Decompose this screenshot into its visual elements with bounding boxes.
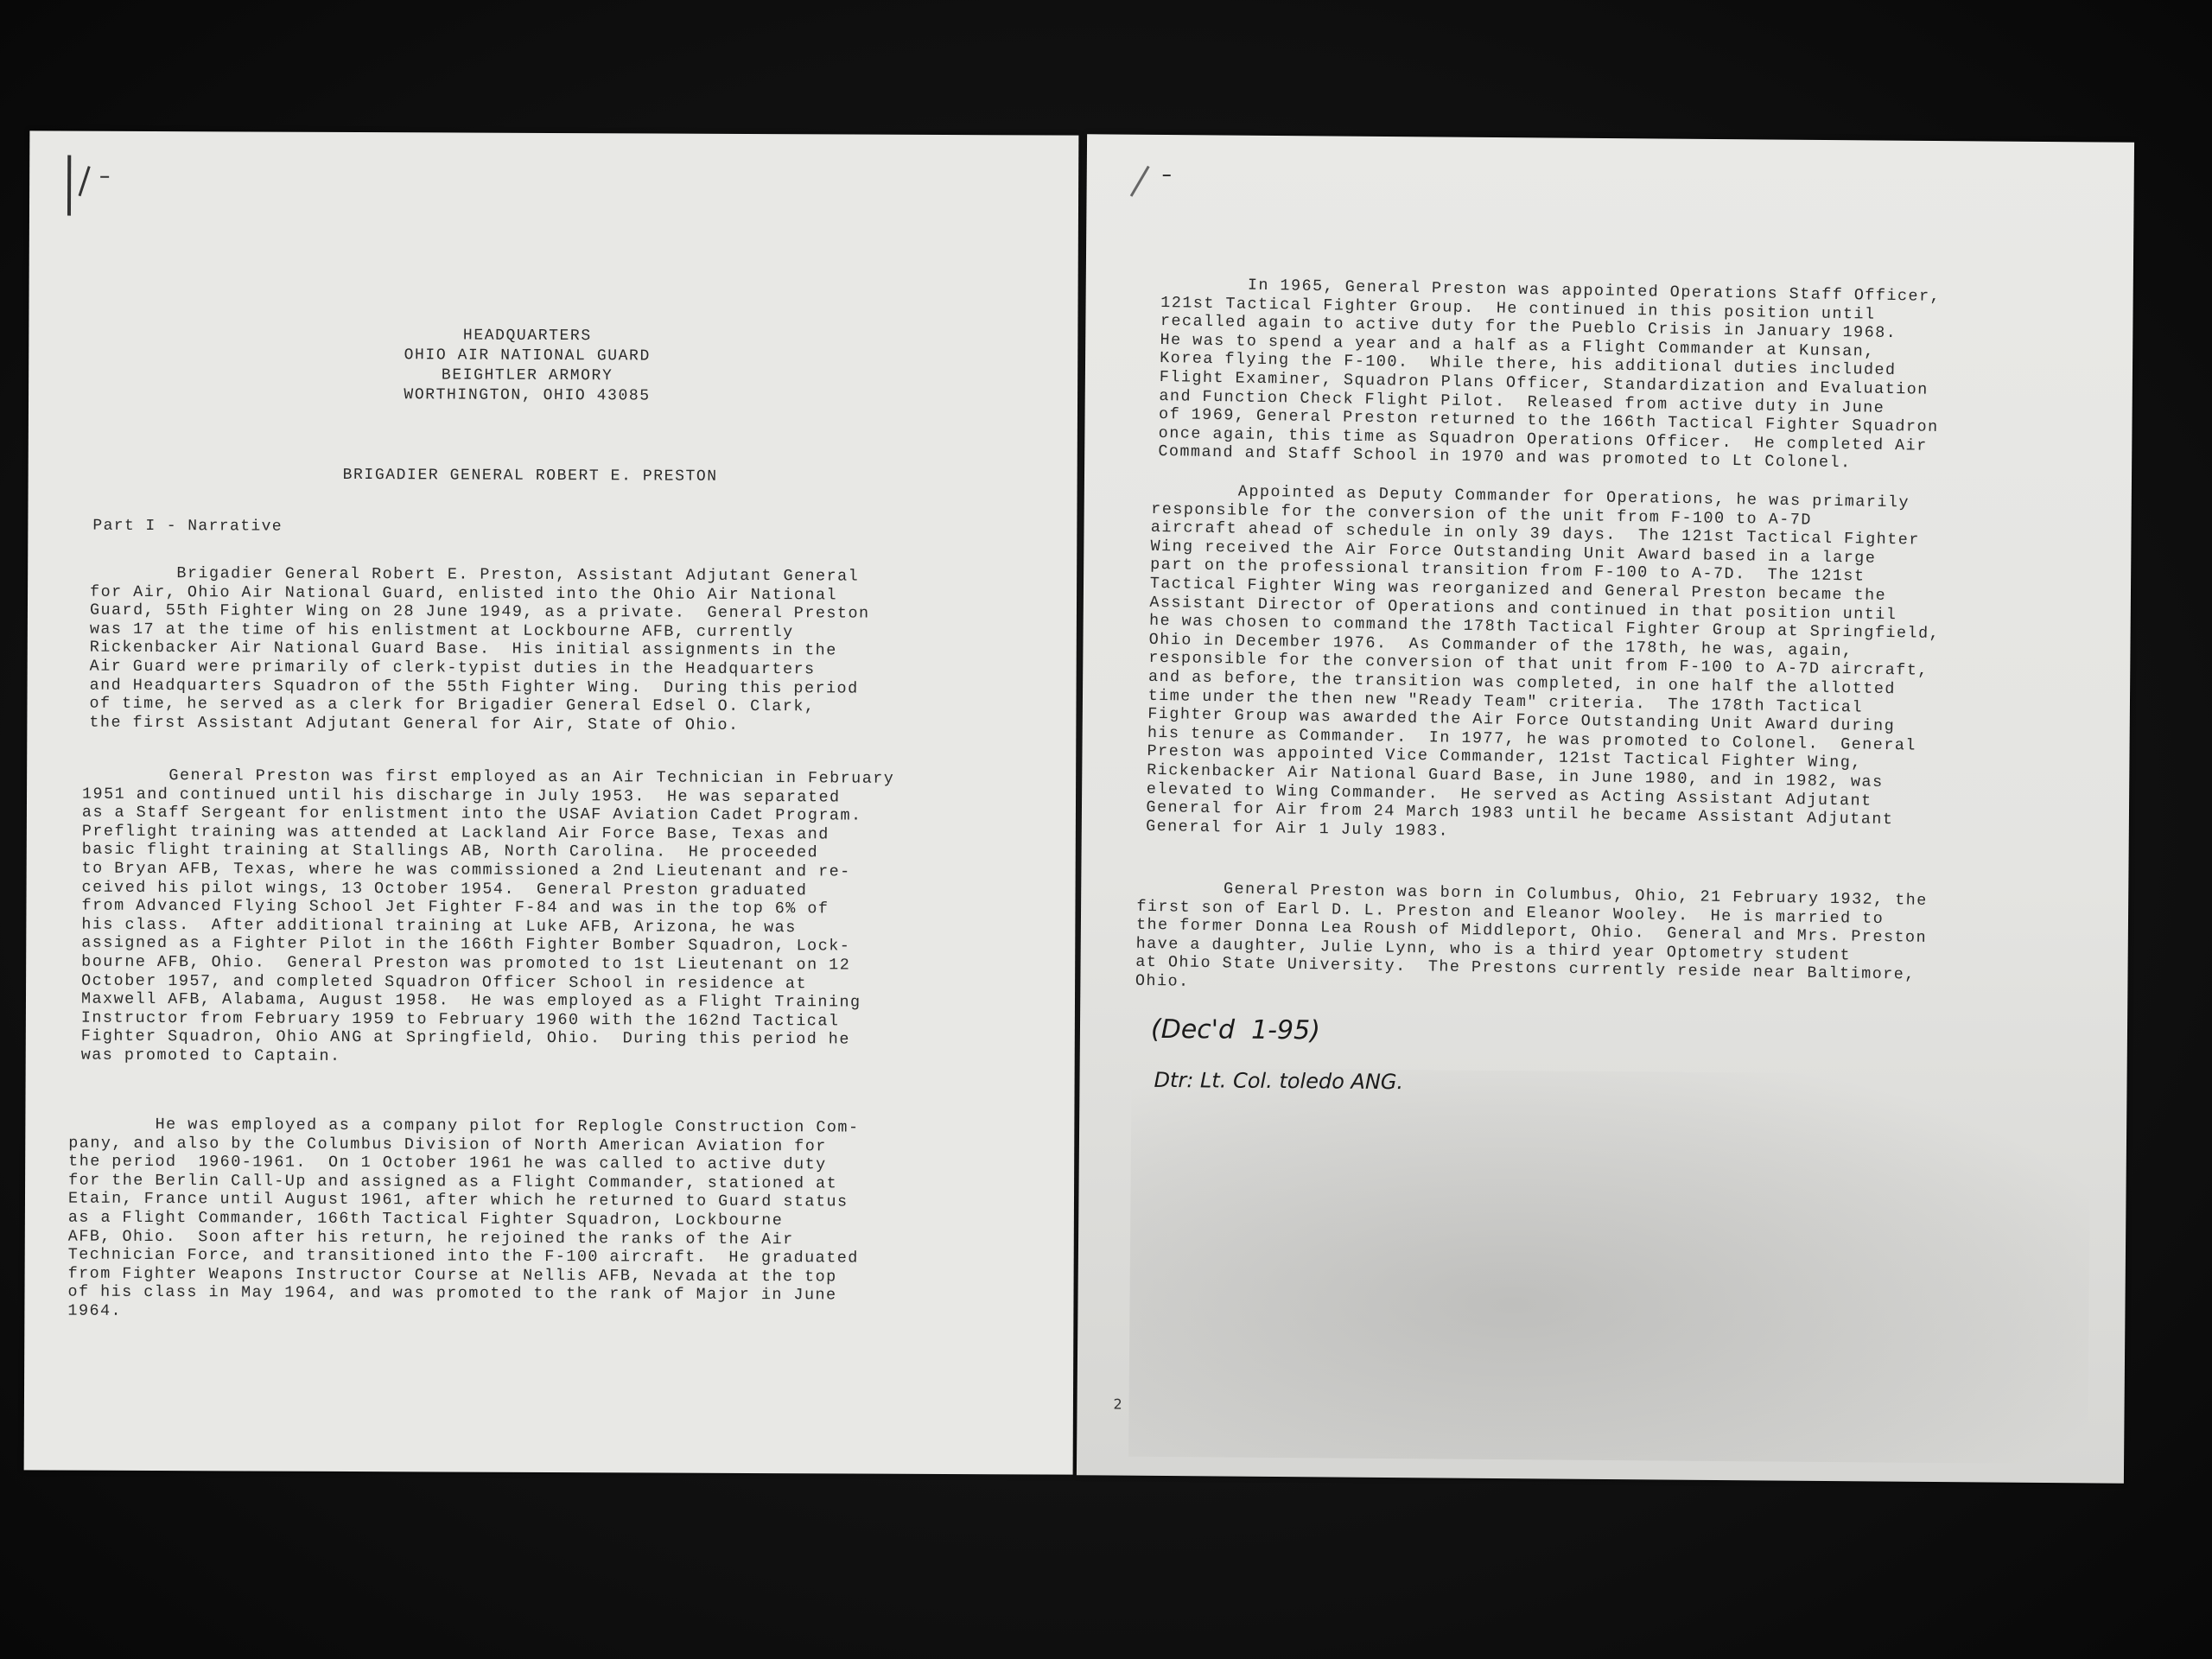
- paragraph-biography: General Preston was born in Columbus, Oh…: [1135, 879, 1928, 1004]
- paragraph-training: General Preston was first employed as an…: [81, 766, 895, 1069]
- page-number: 2: [1113, 1396, 1122, 1413]
- photocopy-smudge: [1128, 1068, 2091, 1465]
- text-line: was promoted to Captain.: [81, 1046, 893, 1069]
- paragraph-operations-officer: In 1965, General Preston was appointed O…: [1158, 275, 1941, 474]
- document-page-1: HEADQUARTERS OHIO AIR NATIONAL GUARD BEI…: [24, 130, 1079, 1474]
- section-heading: Part I - Narrative: [92, 518, 283, 536]
- text-line: the first Assistant Adjutant General for…: [89, 713, 869, 735]
- text-line: of his class in May 1964, and was promot…: [67, 1283, 858, 1306]
- staple-mark-icon: [64, 147, 116, 225]
- staple-mark-icon: [1121, 149, 1173, 226]
- letterhead-line: WORTHINGTON, OHIO 43085: [0, 384, 1077, 409]
- document-title: BRIGADIER GENERAL ROBERT E. PRESTON: [343, 467, 718, 486]
- paragraph-deputy-commander: Appointed as Deputy Commander for Operat…: [1146, 481, 1942, 849]
- document-page-2: In 1965, General Preston was appointed O…: [1077, 134, 2134, 1483]
- letterhead: HEADQUARTERS OHIO AIR NATIONAL GUARD BEI…: [29, 324, 1077, 408]
- paragraph-enlistment: Brigadier General Robert E. Preston, Ass…: [89, 564, 869, 735]
- text-line: 1964.: [67, 1302, 858, 1325]
- handwritten-note-daughter: Dtr: Lt. Col. toledo ANG.: [1154, 1068, 1403, 1094]
- handwritten-note-deceased: (Dec'd 1-95): [1151, 1014, 1320, 1046]
- paragraph-berlin-callup: He was employed as a company pilot for R…: [67, 1116, 859, 1325]
